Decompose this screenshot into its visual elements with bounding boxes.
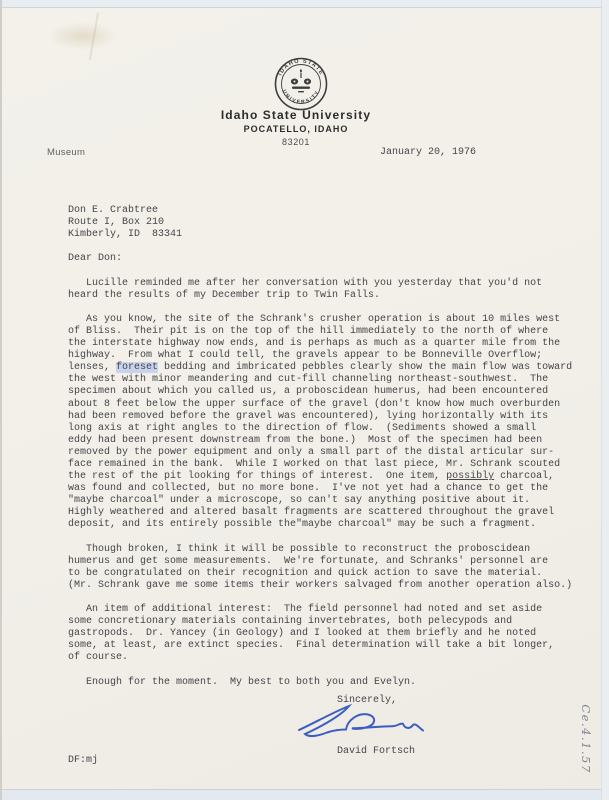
salutation: Dear Don: [68, 253, 588, 265]
letter-line: (Mr. Schrank gave me some items their wo… [68, 580, 588, 592]
paragraph: An item of additional interest: The fiel… [68, 604, 588, 664]
letter-line: long axis at right angles to the directi… [68, 423, 588, 435]
catalog-annotation: Ce.4.1.57 [579, 704, 593, 773]
underlined-word: possibly [446, 471, 494, 482]
letter-line: some concretionary materials containing … [68, 616, 588, 628]
recipient-address: Don E. CrabtreeRoute I, Box 210Kimberly,… [68, 205, 588, 241]
letter-line: lenses, foreset bedding and imbricated p… [68, 362, 588, 374]
paragraph: Enough for the moment. My best to both y… [68, 677, 588, 689]
seal-torch-icon [291, 70, 311, 93]
typed-content: Don E. CrabtreeRoute I, Box 210Kimberly,… [68, 205, 588, 701]
paper-stain [48, 22, 118, 50]
letter-line: the rest of the pit looking for things o… [68, 471, 588, 483]
paragraph: Though broken, I think it will be possib… [68, 544, 588, 592]
letter-line: Though broken, I think it will be possib… [68, 544, 588, 556]
letter-line: Highly weathered and altered basalt frag… [68, 507, 588, 519]
letterhead-city: POCATELLO, IDAHO [146, 124, 446, 134]
letter-line: eddy had been present downstream from th… [68, 435, 588, 447]
scan-edge-right [601, 0, 609, 800]
scan-edge-left [0, 0, 2, 800]
letter-line: removed by the power equipment and only … [68, 447, 588, 459]
paragraph: Lucille reminded me after her conversati… [68, 278, 588, 302]
letter-line: the west with minor meandering and cut-f… [68, 374, 588, 386]
salutation-line: Dear Don: [68, 253, 588, 265]
signature [296, 702, 428, 744]
department-label: Museum [47, 147, 85, 158]
letter-line: As you know, the site of the Schrank's c… [68, 314, 588, 326]
letter-line: about 8 feet below the upper surface of … [68, 399, 588, 411]
typist-initials: DF:mj [68, 755, 98, 767]
paragraph: As you know, the site of the Schrank's c… [68, 314, 588, 532]
letter-line: Route I, Box 210 [68, 217, 588, 229]
letter-body: Lucille reminded me after her conversati… [68, 278, 588, 689]
scan-edge-top [0, 0, 609, 8]
letter-line: heard the results of my December trip to… [68, 290, 588, 302]
letterhead-university: Idaho State University [146, 108, 446, 122]
scan-edge-bottom [0, 789, 609, 800]
letter-line: of Bliss. Their pit is on the top of the… [68, 326, 588, 338]
letter-line: some, at least, are extinct species. Fin… [68, 640, 588, 652]
letter-line: Lucille reminded me after her conversati… [68, 278, 588, 290]
scanned-letter: IDAHO STATE UNIVERSITY Idaho State Unive… [0, 0, 609, 800]
letter-line: specimen about which you called us, a pr… [68, 386, 588, 398]
letter-line: Kimberly, ID 83341 [68, 229, 588, 241]
letter-line: was found and collected, but no more bon… [68, 483, 588, 495]
letter-line: the interstate highway now ends, and is … [68, 338, 588, 350]
letter-line: Enough for the moment. My best to both y… [68, 677, 588, 689]
letter-line: Don E. Crabtree [68, 205, 588, 217]
letter-line: had been removed before the gravel was e… [68, 411, 588, 423]
signer-name: David Fortsch [337, 746, 415, 758]
letter-line: An item of additional interest: The fiel… [68, 604, 588, 616]
letter-line: face remained in the bank. While I worke… [68, 459, 588, 471]
letterhead-zip: 83201 [146, 137, 446, 147]
letter-line: highway. From what I could tell, the gra… [68, 350, 588, 362]
letter-line: deposit, and its entirely possible the"m… [68, 519, 588, 531]
letter-line: humerus and get some measurements. We're… [68, 556, 588, 568]
university-seal-icon: IDAHO STATE UNIVERSITY [273, 56, 329, 112]
letter-line: to be congratulated on their recognition… [68, 568, 588, 580]
letter-line: of course. [68, 652, 588, 664]
date-line: January 20, 1976 [380, 147, 476, 159]
letter-line: "maybe charcoal" under a microscope, so … [68, 495, 588, 507]
highlighted-word: foreset [116, 362, 158, 373]
letter-line: gastropods. Dr. Yancey (in Geology) and … [68, 628, 588, 640]
